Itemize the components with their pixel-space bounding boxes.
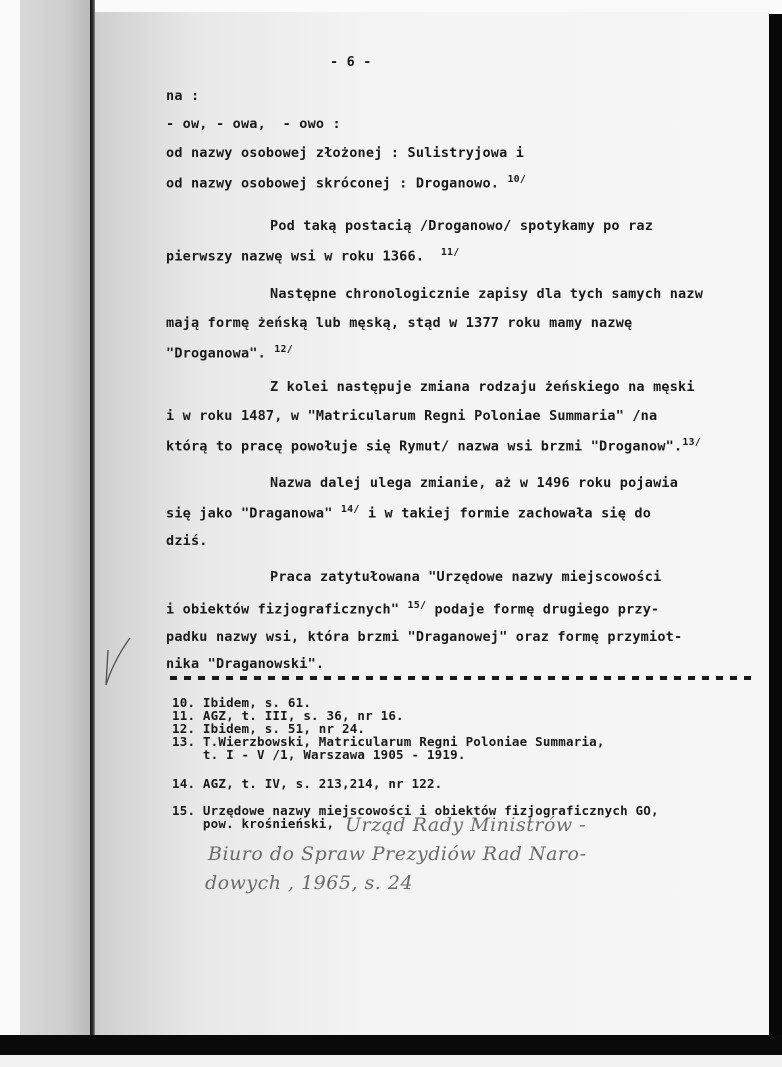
right-scan-border <box>769 14 782 1035</box>
footnote-ref: 14/ <box>341 504 360 515</box>
paragraph-line: "Droganowa". 12/ <box>166 344 293 362</box>
paragraph-line: padku nazwy wsi, która brzmi "Draganowej… <box>166 629 682 645</box>
text-line: od nazwy osobowej skróconej : Droganowo.… <box>166 174 526 192</box>
bottom-margin <box>0 1055 782 1067</box>
paragraph-line: którą to pracę powołuje się Rymut/ nazwa… <box>166 437 701 455</box>
text-span: którą to pracę powołuje się Rymut/ nazwa… <box>166 439 682 455</box>
footnote-ref: 15/ <box>408 600 427 611</box>
paragraph-line: pierwszy nazwę wsi w roku 1366. 11/ <box>166 247 460 265</box>
handwritten-annotation: Urząd Rady Ministrów - <box>345 814 586 836</box>
typewritten-page <box>95 12 770 1035</box>
page-number: - 6 - <box>330 54 372 70</box>
text-span: "Droganowa". <box>166 346 266 362</box>
paragraph-line: dziś. <box>166 533 208 549</box>
text-line: od nazwy osobowej złożonej : Sulistryjow… <box>166 145 524 161</box>
text-line: na : <box>166 88 199 104</box>
handwritten-annotation: dowych , 1965, s. 24 <box>205 872 413 894</box>
paragraph-line: nika "Draganowski". <box>166 656 324 672</box>
left-page-edge <box>20 0 92 1035</box>
footnote-ref: 13/ <box>682 437 701 448</box>
bottom-scan-border <box>0 1035 782 1055</box>
handwritten-annotation: Biuro do Spraw Prezydiów Rad Naro- <box>208 843 586 865</box>
footnote: t. I - V /1, Warszawa 1905 - 1919. <box>172 749 466 761</box>
text-span: podaje formę drugiego przy- <box>435 602 660 618</box>
footnote-separator <box>170 676 758 680</box>
text-line: - ow, - owa, - owo : <box>166 116 341 132</box>
paragraph-line: Praca zatytułowana "Urzędowe nazwy miejs… <box>270 569 661 585</box>
text-span: pierwszy nazwę wsi w roku 1366. <box>166 249 424 265</box>
text-span: i obiektów fizjograficznych" <box>166 602 399 618</box>
paragraph-line: Następne chronologicznie zapisy dla tych… <box>270 286 703 302</box>
paragraph-line: mają formę żeńską lub męską, stąd w 1377… <box>166 315 632 331</box>
text-span: się jako "Draganowa" <box>166 506 333 522</box>
footnote: pow. krośnieński, <box>172 818 334 830</box>
handwritten-check-mark-icon <box>100 630 140 700</box>
scanned-page: - 6 - na : - ow, - owa, - owo : od nazwy… <box>0 0 782 1067</box>
paragraph-line: i w roku 1487, w "Matricularum Regni Pol… <box>166 408 657 424</box>
paragraph-line: Z kolei następuje zmiana rodzaju żeńskie… <box>270 379 695 395</box>
paragraph-line: się jako "Draganowa" 14/ i w takiej form… <box>166 504 651 522</box>
footnote: 14. AGZ, t. IV, s. 213,214, nr 122. <box>172 778 442 790</box>
footnote-ref: 12/ <box>274 344 293 355</box>
text-span: od nazwy osobowej skróconej : Droganowo. <box>166 176 499 192</box>
paragraph-line: i obiektów fizjograficznych" 15/ podaje … <box>166 600 659 618</box>
paragraph-line: Nazwa dalej ulega zmianie, aż w 1496 rok… <box>270 475 678 491</box>
paragraph-line: Pod taką postacią /Droganowo/ spotykamy … <box>270 218 653 234</box>
text-span: i w takiej formie zachowała się do <box>368 506 651 522</box>
footnote-ref: 11/ <box>441 247 460 258</box>
footnote-ref: 10/ <box>507 174 526 185</box>
